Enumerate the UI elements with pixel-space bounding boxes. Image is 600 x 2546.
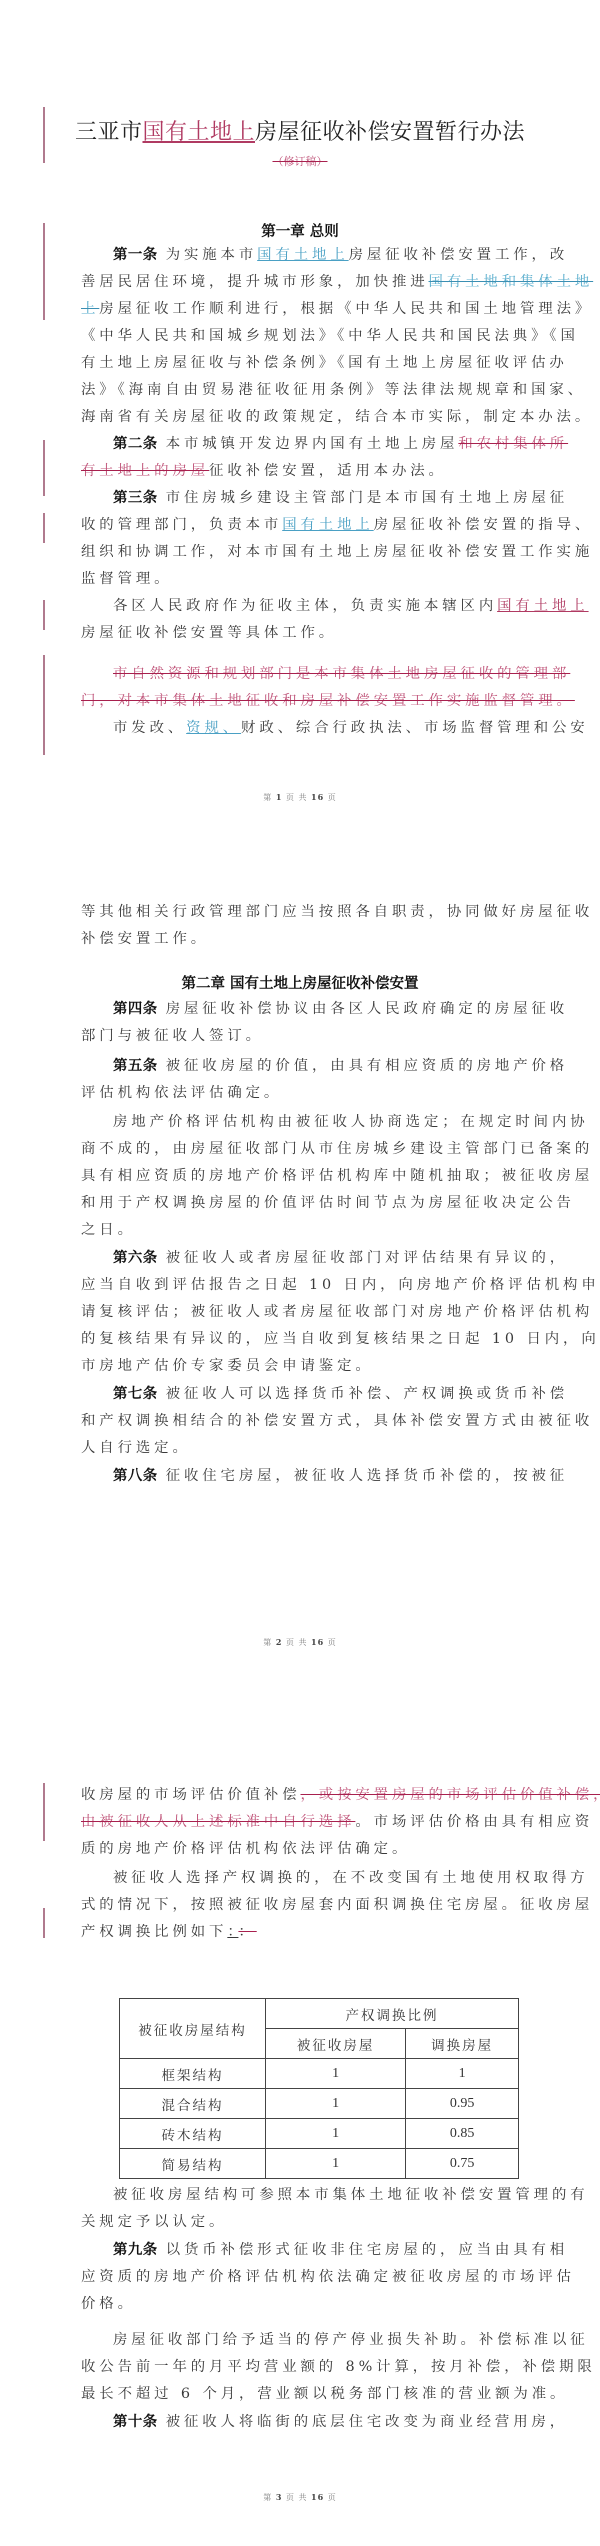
revision-bar <box>43 1908 45 1938</box>
cell-expropriated: 1 <box>266 2149 406 2179</box>
article-9-line-2: 应资质的房地产价格评估机构依法确定被征收房屋的市场评估 <box>81 2265 487 2290</box>
article-1-line-2: 善居民居住环境，提升城市形象，加快推进国有土地和集体土地 <box>81 270 487 295</box>
title-prefix: 三亚市 <box>75 120 143 145</box>
subtitle-deleted: （修订稿） <box>0 153 600 169</box>
article-label: 第四条 <box>113 1001 158 1017</box>
paragraph-subsidy-line-3: 最长不超过 6 个月，营业额以税务部门核准的营业额为准。 <box>81 2382 487 2407</box>
article-6-line-3: 请复核评估；被征收人或者房屋征收部门对房地产价格评估机构 <box>81 1300 487 1325</box>
article-1-line-1: 第一条为实施本市国有土地上房屋征收补偿安置工作，改 <box>113 243 487 268</box>
exchange-ratio-table: 被征收房屋结构 产权调换比例 被征收房屋 调换房屋 框架结构 1 1 混合结构 … <box>119 1998 519 2179</box>
header-exchanged: 调换房屋 <box>406 2029 519 2059</box>
chapter-heading: 第二章 国有土地上房屋征收补偿安置 <box>0 972 600 993</box>
article-7-line-2: 和产权调换相结合的补偿安置方式，具体补偿安置方式由被征收 <box>81 1409 487 1434</box>
inserted-text: 国有土地上 <box>282 517 373 533</box>
cell-structure: 混合结构 <box>120 2089 266 2119</box>
cell-expropriated: 1 <box>266 2089 406 2119</box>
table-row: 混合结构 1 0.95 <box>120 2089 519 2119</box>
article-10-line-1: 第十条被征收人将临街的底层住宅改变为商业经营用房， <box>113 2410 487 2435</box>
inserted-text: 资规、 <box>186 720 241 736</box>
paragraph-appraisal-line-2: 商不成的，由房屋征收部门从市住房城乡建设主管部门已备案的 <box>81 1137 487 1162</box>
cell-exchanged: 0.95 <box>406 2089 519 2119</box>
deleted-text: 由被征收人从上述标准中自行选择 <box>81 1814 355 1830</box>
cell-structure: 简易结构 <box>120 2149 266 2179</box>
article-4-line-1: 第四条房屋征收补偿协议由各区人民政府确定的房屋征收 <box>113 997 487 1022</box>
revision-bar <box>43 1783 45 1841</box>
article-3-line-1: 第三条市住房城乡建设主管部门是本市国有土地上房屋征 <box>113 486 487 511</box>
header-ratio-group: 产权调换比例 <box>266 1999 519 2029</box>
footer-text: 第 <box>263 1638 272 1647</box>
document-title: 三亚市国有土地上房屋征收补偿安置暂行办法 <box>0 115 600 146</box>
text: 财政、综合行政执法、市场监督管理和公安 <box>241 720 589 736</box>
article-8-line-1: 第八条征收住宅房屋，被征收人选择货币补偿的，按被征 <box>113 1464 487 1489</box>
text: 被征收人或者房屋征收部门对评估结果有异议的， <box>166 1250 568 1266</box>
deleted-text: 有土地上的房屋 <box>81 463 209 479</box>
page-total: 16 <box>311 792 324 802</box>
text: 。市场评估价格由具有相应资 <box>355 1814 593 1830</box>
article-3-line-4: 监督管理。 <box>81 567 487 592</box>
paragraph-subsidy-line-1: 房屋征收部门给予适当的停产停业损失补助。补偿标准以征 <box>113 2328 487 2353</box>
article-9-line-3: 价格。 <box>81 2292 487 2317</box>
footer-text: 页 <box>328 793 337 802</box>
table-row: 简易结构 1 0.75 <box>120 2149 519 2179</box>
page-2: 等其他相关行政管理部门应当按照各自职责，协同做好房屋征收 补偿安置工作。 第二章… <box>0 860 600 1720</box>
text: 收房屋的市场评估价值补偿 <box>81 1787 301 1803</box>
header-structure: 被征收房屋结构 <box>120 1999 266 2059</box>
table-header-row: 被征收房屋结构 产权调换比例 <box>120 1999 519 2029</box>
text: 征收住宅房屋，被征收人选择货币补偿的，按被征 <box>166 1468 568 1484</box>
subtitle-text: （修订稿） <box>273 155 328 168</box>
footer-text: 页 共 <box>286 2493 308 2502</box>
deleted-text: 市自然资源和规划部门是本市集体土地房屋征收的管理部 <box>113 666 570 682</box>
cell-expropriated: 1 <box>266 2059 406 2089</box>
continued-line-2: 由被征收人从上述标准中自行选择。市场评估价格由具有相应资 <box>81 1810 487 1835</box>
paragraph-exchange-line-3: 产权调换比例如下：： <box>81 1920 487 1945</box>
cell-exchanged: 0.85 <box>406 2119 519 2149</box>
text: 房屋征收补偿安置的指导、 <box>374 517 594 533</box>
text: 市发改、 <box>113 720 186 736</box>
article-6-line-5: 市房地产估价专家委员会申请鉴定。 <box>81 1354 487 1379</box>
page-footer: 第 2 页 共 16 页 <box>0 1637 600 1648</box>
table-row: 框架结构 1 1 <box>120 2059 519 2089</box>
article-label: 第八条 <box>113 1468 158 1484</box>
text: 房屋征收补偿安置工作，改 <box>349 247 569 263</box>
article-9-line-1: 第九条以货币补偿形式征收非住宅房屋的，应当由具有相 <box>113 2238 487 2263</box>
footer-text: 页 <box>328 2493 337 2502</box>
text: 被征收人可以选择货币补偿、产权调换或货币补偿 <box>166 1386 568 1402</box>
paragraph-appraisal-line-3: 具有相应资质的房地产价格评估机构库中随机抽取；被征收房屋 <box>81 1164 487 1189</box>
paragraph-subsidy-line-2: 收公告前一年的月平均营业额的 8%计算，按月补偿，补偿期限 <box>81 2355 487 2380</box>
revision-bar <box>43 655 45 755</box>
article-1-line-7: 海南省有关房屋征收的政策规定，结合本市实际，制定本办法。 <box>81 405 487 430</box>
continued-line-3: 质的房地产价格评估机构依法评估确定。 <box>81 1837 487 1862</box>
deleted-text: 和农村集体所 <box>458 436 568 452</box>
title-insertion: 国有土地上 <box>142 120 255 145</box>
article-5-line-2: 评估机构依法评估确定。 <box>81 1081 487 1106</box>
continued-line-2: 补偿安置工作。 <box>81 927 487 952</box>
page-total: 16 <box>311 1637 324 1647</box>
article-label: 第九条 <box>113 2242 158 2258</box>
page-footer: 第 3 页 共 16 页 <box>0 2492 600 2503</box>
deleted-text: ： <box>238 1924 256 1940</box>
page-total: 16 <box>311 2492 324 2502</box>
article-5-line-1: 第五条被征收房屋的价值，由具有相应资质的房地产价格 <box>113 1054 487 1079</box>
cell-exchanged: 0.75 <box>406 2149 519 2179</box>
text: 收的管理部门，负责本市 <box>81 517 282 533</box>
paragraph-appraisal-line-5: 之日。 <box>81 1218 487 1243</box>
article-label: 第十条 <box>113 2414 158 2430</box>
article-3-line-3: 组织和协调工作，对本市国有土地上房屋征收补偿安置工作实施 <box>81 540 487 565</box>
footer-text: 第 <box>263 2493 272 2502</box>
deleted-text: 上 <box>81 301 99 317</box>
article-2-line-1: 第二条本市城镇开发边界内国有土地上房屋和农村集体所 <box>113 432 487 457</box>
article-1-line-4: 《中华人民共和国城乡规划法》《中华人民共和国民法典》《国 <box>81 324 487 349</box>
article-3-line-2: 收的管理部门，负责本市国有土地上房屋征收补偿安置的指导、 <box>81 513 487 538</box>
text: 市住房城乡建设主管部门是本市国有土地上房屋征 <box>166 490 568 506</box>
article-label: 第七条 <box>113 1386 158 1402</box>
title-suffix: 房屋征收补偿安置暂行办法 <box>255 120 525 145</box>
article-4-line-2: 部门与被征收人签订。 <box>81 1024 487 1049</box>
deleted-paragraph-line-1: 市自然资源和规划部门是本市集体土地房屋征收的管理部 <box>113 662 487 687</box>
text: 被征收房屋的价值，由具有相应资质的房地产价格 <box>166 1058 568 1074</box>
paragraph-exchange-line-1: 被征收人选择产权调换的，在不改变国有土地使用权取得方 <box>113 1866 487 1891</box>
footer-text: 页 <box>328 1638 337 1647</box>
note-line-2: 关规定予以认定。 <box>81 2210 487 2235</box>
deleted-paragraph-line-2: 门，对本市集体土地征收和房屋补偿安置工作实施监督管理。 <box>81 689 487 714</box>
page-number: 3 <box>276 2492 283 2502</box>
text: 产权调换比例如下 <box>81 1924 227 1940</box>
chapter-heading: 第一章 总则 <box>0 220 600 241</box>
revision-bar <box>43 513 45 543</box>
header-expropriated: 被征收房屋 <box>266 2029 406 2059</box>
text: 本市城镇开发边界内国有土地上房屋 <box>166 436 459 452</box>
article-label: 第一条 <box>113 247 158 263</box>
page-1: 三亚市国有土地上房屋征收补偿安置暂行办法 （修订稿） 第一章 总则 第一条为实施… <box>0 0 600 860</box>
page-3: 收房屋的市场评估价值补偿，或按安置房屋的市场评估价值补偿， 由被征收人从上述标准… <box>0 1720 600 2546</box>
footer-text: 页 共 <box>286 793 308 802</box>
article-7-line-3: 人自行选定。 <box>81 1436 487 1461</box>
text: 为实施本市 <box>166 247 257 263</box>
text: 被征收人将临街的底层住宅改变为商业经营用房， <box>166 2414 568 2430</box>
article-6-line-4: 的复核结果有异议的，应当自收到复核结果之日起 10 日内，向 <box>81 1327 487 1352</box>
text: 以货币补偿形式征收非住宅房屋的，应当由具有相 <box>166 2242 568 2258</box>
text: 征收补偿安置，适用本办法。 <box>209 463 447 479</box>
paragraph-departments-line-1: 市发改、资规、财政、综合行政执法、市场监督管理和公安 <box>113 716 487 741</box>
inserted-text: 国有土地上 <box>497 598 588 614</box>
cell-structure: 砖木结构 <box>120 2119 266 2149</box>
table-row: 砖木结构 1 0.85 <box>120 2119 519 2149</box>
footer-text: 页 共 <box>286 1638 308 1647</box>
paragraph-exchange-line-2: 式的情况下，按照被征收房屋套内面积调换住宅房屋。征收房屋 <box>81 1893 487 1918</box>
revision-bar <box>43 440 45 496</box>
article-label: 第三条 <box>113 490 158 506</box>
page-footer: 第 1 页 共 16 页 <box>0 792 600 803</box>
cell-expropriated: 1 <box>266 2119 406 2149</box>
page-number: 1 <box>276 792 283 802</box>
cell-exchanged: 1 <box>406 2059 519 2089</box>
revision-bar <box>43 600 45 630</box>
article-6-line-1: 第六条被征收人或者房屋征收部门对评估结果有异议的， <box>113 1246 487 1271</box>
paragraph-appraisal-line-1: 房地产价格评估机构由被征收人协商选定；在规定时间内协 <box>113 1110 487 1135</box>
text: 善居民居住环境，提升城市形象，加快推进 <box>81 274 429 290</box>
text: 各区人民政府作为征收主体，负责实施本辖区内 <box>113 598 497 614</box>
article-label: 第二条 <box>113 436 158 452</box>
article-label: 第五条 <box>113 1058 158 1074</box>
text: 房屋征收补偿协议由各区人民政府确定的房屋征收 <box>166 1001 568 1017</box>
article-1-line-5: 有土地上房屋征收与补偿条例》《国有土地上房屋征收评估办 <box>81 351 487 376</box>
inserted-text: ： <box>227 1924 238 1940</box>
deleted-text: ，或按安置房屋的市场评估价值补偿， <box>301 1787 600 1803</box>
footer-text: 第 <box>263 793 272 802</box>
article-label: 第六条 <box>113 1250 158 1266</box>
article-1-line-3: 上房屋征收工作顺利进行，根据《中华人民共和国土地管理法》 <box>81 297 487 322</box>
article-1-line-6: 法》《海南自由贸易港征收征用条例》等法律法规规章和国家、 <box>81 378 487 403</box>
article-6-line-2: 应当自收到评估报告之日起 10 日内，向房地产价格评估机构申 <box>81 1273 487 1298</box>
inserted-text: 国有土地上 <box>257 247 348 263</box>
paragraph-district-line-2: 房屋征收补偿安置等具体工作。 <box>81 621 487 646</box>
page-number: 2 <box>276 1637 283 1647</box>
deleted-text: 国有土地和集体土地 <box>429 274 594 290</box>
paragraph-district-line-1: 各区人民政府作为征收主体，负责实施本辖区内国有土地上 <box>113 594 487 619</box>
text: 房屋征收工作顺利进行，根据《中华人民共和国土地管理法》 <box>99 301 593 317</box>
note-line-1: 被征收房屋结构可参照本市集体土地征收补偿安置管理的有 <box>113 2183 487 2208</box>
continued-line-1: 收房屋的市场评估价值补偿，或按安置房屋的市场评估价值补偿， <box>81 1783 487 1808</box>
paragraph-appraisal-line-4: 和用于产权调换房屋的价值评估时间节点为房屋征收决定公告 <box>81 1191 487 1216</box>
article-2-line-2: 有土地上的房屋征收补偿安置，适用本办法。 <box>81 459 487 484</box>
continued-line-1: 等其他相关行政管理部门应当按照各自职责，协同做好房屋征收 <box>81 900 487 925</box>
cell-structure: 框架结构 <box>120 2059 266 2089</box>
revision-bar <box>43 223 45 320</box>
article-7-line-1: 第七条被征收人可以选择货币补偿、产权调换或货币补偿 <box>113 1382 487 1407</box>
deleted-text: 门，对本市集体土地征收和房屋补偿安置工作实施监督管理。 <box>81 693 575 709</box>
